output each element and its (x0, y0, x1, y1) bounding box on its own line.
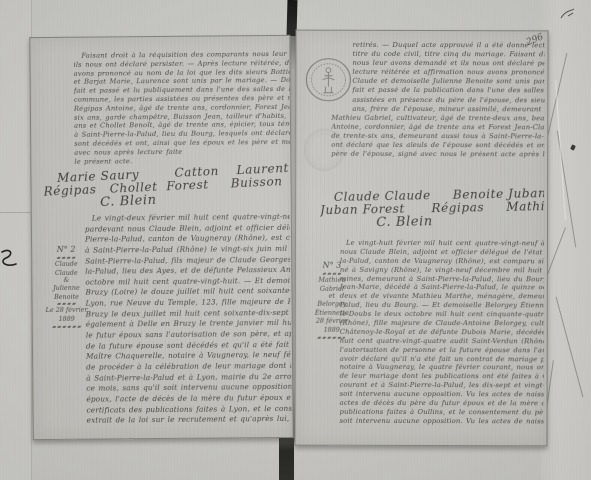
manuscript-line: nous leur avons demandé et ils nous ont … (352, 59, 544, 69)
left-signature-block: Marie Saury Catton LaurentRégipas Cholle… (57, 162, 293, 211)
left-page: Faisant droit à la réquisition des compa… (29, 35, 294, 440)
manuscript-line: Le vingt-huit février mil huit cent quat… (340, 239, 544, 248)
manuscript-line: huit cent quatre-vingt-quatre audit Sain… (340, 337, 544, 346)
manuscript-line: fait et passé de la publication dans l'u… (352, 86, 544, 96)
flourish-stroke (56, 257, 76, 259)
manuscript-line: la-Palud, canton de Vaugneray (Rhône), e… (340, 257, 544, 266)
manuscript-line: extrait de la loi sur le recrutement et … (87, 414, 292, 426)
right-signature-block: Claude Claude Benoite Juban BenoiteJuban… (334, 187, 545, 230)
manuscript-line (331, 177, 544, 187)
ink-squiggle-mark (0, 246, 18, 272)
act-number: N° 2 (43, 245, 89, 255)
manuscript-line: retirés. — Duquel acte approuvé il a été… (352, 41, 544, 51)
flourish-stroke (57, 303, 77, 305)
act-date: Le 28 février 1889 (44, 306, 90, 324)
manuscript-line: ans, frère de l'épouse, mineur assimilé,… (352, 104, 544, 114)
manuscript-line: Châtenoy-le-Royal et de défunte Dubois M… (340, 328, 544, 337)
groom-name: Claude Claude (43, 260, 89, 277)
right-page: 296 retirés. — Duquel acte approuvé il a… (294, 30, 548, 447)
left-act-paragraph: Le vingt-deux février mil huit cent quat… (85, 212, 292, 427)
manuscript-line: titre du code civil, titre cinq du maria… (352, 50, 544, 60)
manuscript-line: soit intervenu aucune opposition. Vu les… (340, 417, 544, 426)
pen-curl-mark (560, 8, 576, 22)
left-act-end-paragraph: Faisant droit à la réquisition des compa… (73, 50, 290, 166)
binding-gap-bottom (279, 438, 294, 480)
right-act-end-paragraph: retirés. — Duquel acte approuvé il a été… (331, 41, 544, 187)
right-act-paragraph: Le vingt-huit février mil huit cent quat… (340, 239, 544, 426)
manuscript-line: Claude et demoiselle Julienne Benoite so… (352, 77, 544, 87)
backing-sheet-edge (0, 212, 31, 213)
register-scan: Faisant droit à la réquisition des compa… (0, 0, 591, 480)
manuscript-line: né à Savigny (Rhône), le vingt-neuf déce… (340, 265, 544, 274)
margin-note-act-2: N° 2 Claude Claude & Julienne Benoite Le… (43, 245, 90, 329)
flourish-stroke (322, 273, 341, 275)
bride-name: Julienne Benoite (43, 284, 89, 301)
manuscript-line: lecture réitérée et affirmation nous avo… (352, 68, 544, 78)
backing-sheet-left (0, 0, 32, 480)
manuscript-line: actes de décès du père du futur époux et… (340, 399, 544, 408)
manuscript-line: l'autorisation de personne et la future … (340, 345, 544, 354)
backing-sheet-right (541, 0, 591, 480)
flourish-stroke (52, 326, 82, 328)
manuscript-line: (Rhône), fille majeure de Claude-Antoine… (340, 319, 544, 328)
manuscript-line: nous Claude Blein, adjoint et officier d… (340, 248, 544, 257)
signature: C. Blein (376, 213, 544, 229)
manuscript-line: assistées en présence du père de l'épous… (352, 95, 544, 105)
manuscript-line: publications faites à Oullins, et le con… (340, 408, 544, 417)
